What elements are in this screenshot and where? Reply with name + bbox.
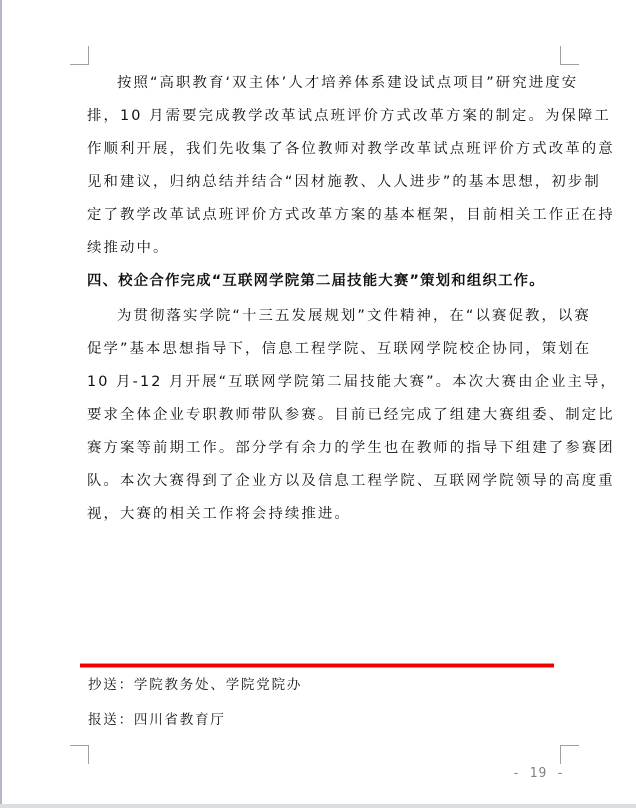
- section-heading: 四、校企合作完成“互联网学院第二届技能大赛”策划和组织工作。: [87, 265, 557, 298]
- text-line: 赛方案等前期工作。部分学有余力的学生也在教师的指导下组建了参赛团: [87, 432, 557, 465]
- text-line: 定了教学改革试点班评价方式改革方案的基本框架，目前相关工作正在持: [87, 199, 557, 232]
- text-line: 作顺利开展，我们先收集了各位教师对教学改革试点班评价方式改革的意: [87, 133, 557, 166]
- text-line: 按照“高职教育‘双主体’人才培养体系建设试点项目”研究进度安: [87, 67, 557, 100]
- text-line: 10 月-12 月开展“互联网学院第二届技能大赛”。本次大赛由企业主导，: [87, 366, 557, 399]
- text-line: 要求全体企业专职教师带队参赛。目前已经完成了组建大赛组委、制定比: [87, 399, 557, 432]
- text-line: 队。本次大赛得到了企业方以及信息工程学院、互联网学院领导的高度重: [87, 465, 557, 498]
- window-bottom-edge: [0, 804, 636, 808]
- red-divider-rule: [80, 664, 554, 667]
- paragraph-progress-report: 按照“高职教育‘双主体’人才培养体系建设试点项目”研究进度安 排，10 月需要完…: [87, 67, 557, 265]
- paragraph-skills-competition: 为贯彻落实学院“十三五发展规划”文件精神，在“以赛促教，以赛 促学”基本思想指导…: [87, 300, 557, 531]
- text-line: 排，10 月需要完成教学改革试点班评价方式改革方案的制定。为保障工: [87, 100, 557, 133]
- crop-mark-top-left: [70, 46, 89, 65]
- crop-mark-top-right: [560, 46, 579, 65]
- cc-recipients: 抄送：学院教务处、学院党院办: [88, 673, 302, 693]
- text-line: 见和建议，归纳总结并结合“因材施教、人人进步”的基本思想，初步制: [87, 166, 557, 199]
- crop-mark-bottom-left: [70, 745, 89, 764]
- document-page: 按照“高职教育‘双主体’人才培养体系建设试点项目”研究进度安 排，10 月需要完…: [2, 0, 636, 804]
- report-recipients: 报送：四川省教育厅: [88, 708, 226, 728]
- crop-mark-bottom-right: [560, 745, 579, 764]
- text-line: 视，大赛的相关工作将会持续推进。: [87, 498, 557, 531]
- page-number: - 19 -: [512, 766, 565, 781]
- text-line: 促学”基本思想指导下，信息工程学院、互联网学院校企协同，策划在: [87, 333, 557, 366]
- text-line: 续推动中。: [87, 232, 557, 265]
- text-line: 为贯彻落实学院“十三五发展规划”文件精神，在“以赛促教，以赛: [87, 300, 557, 333]
